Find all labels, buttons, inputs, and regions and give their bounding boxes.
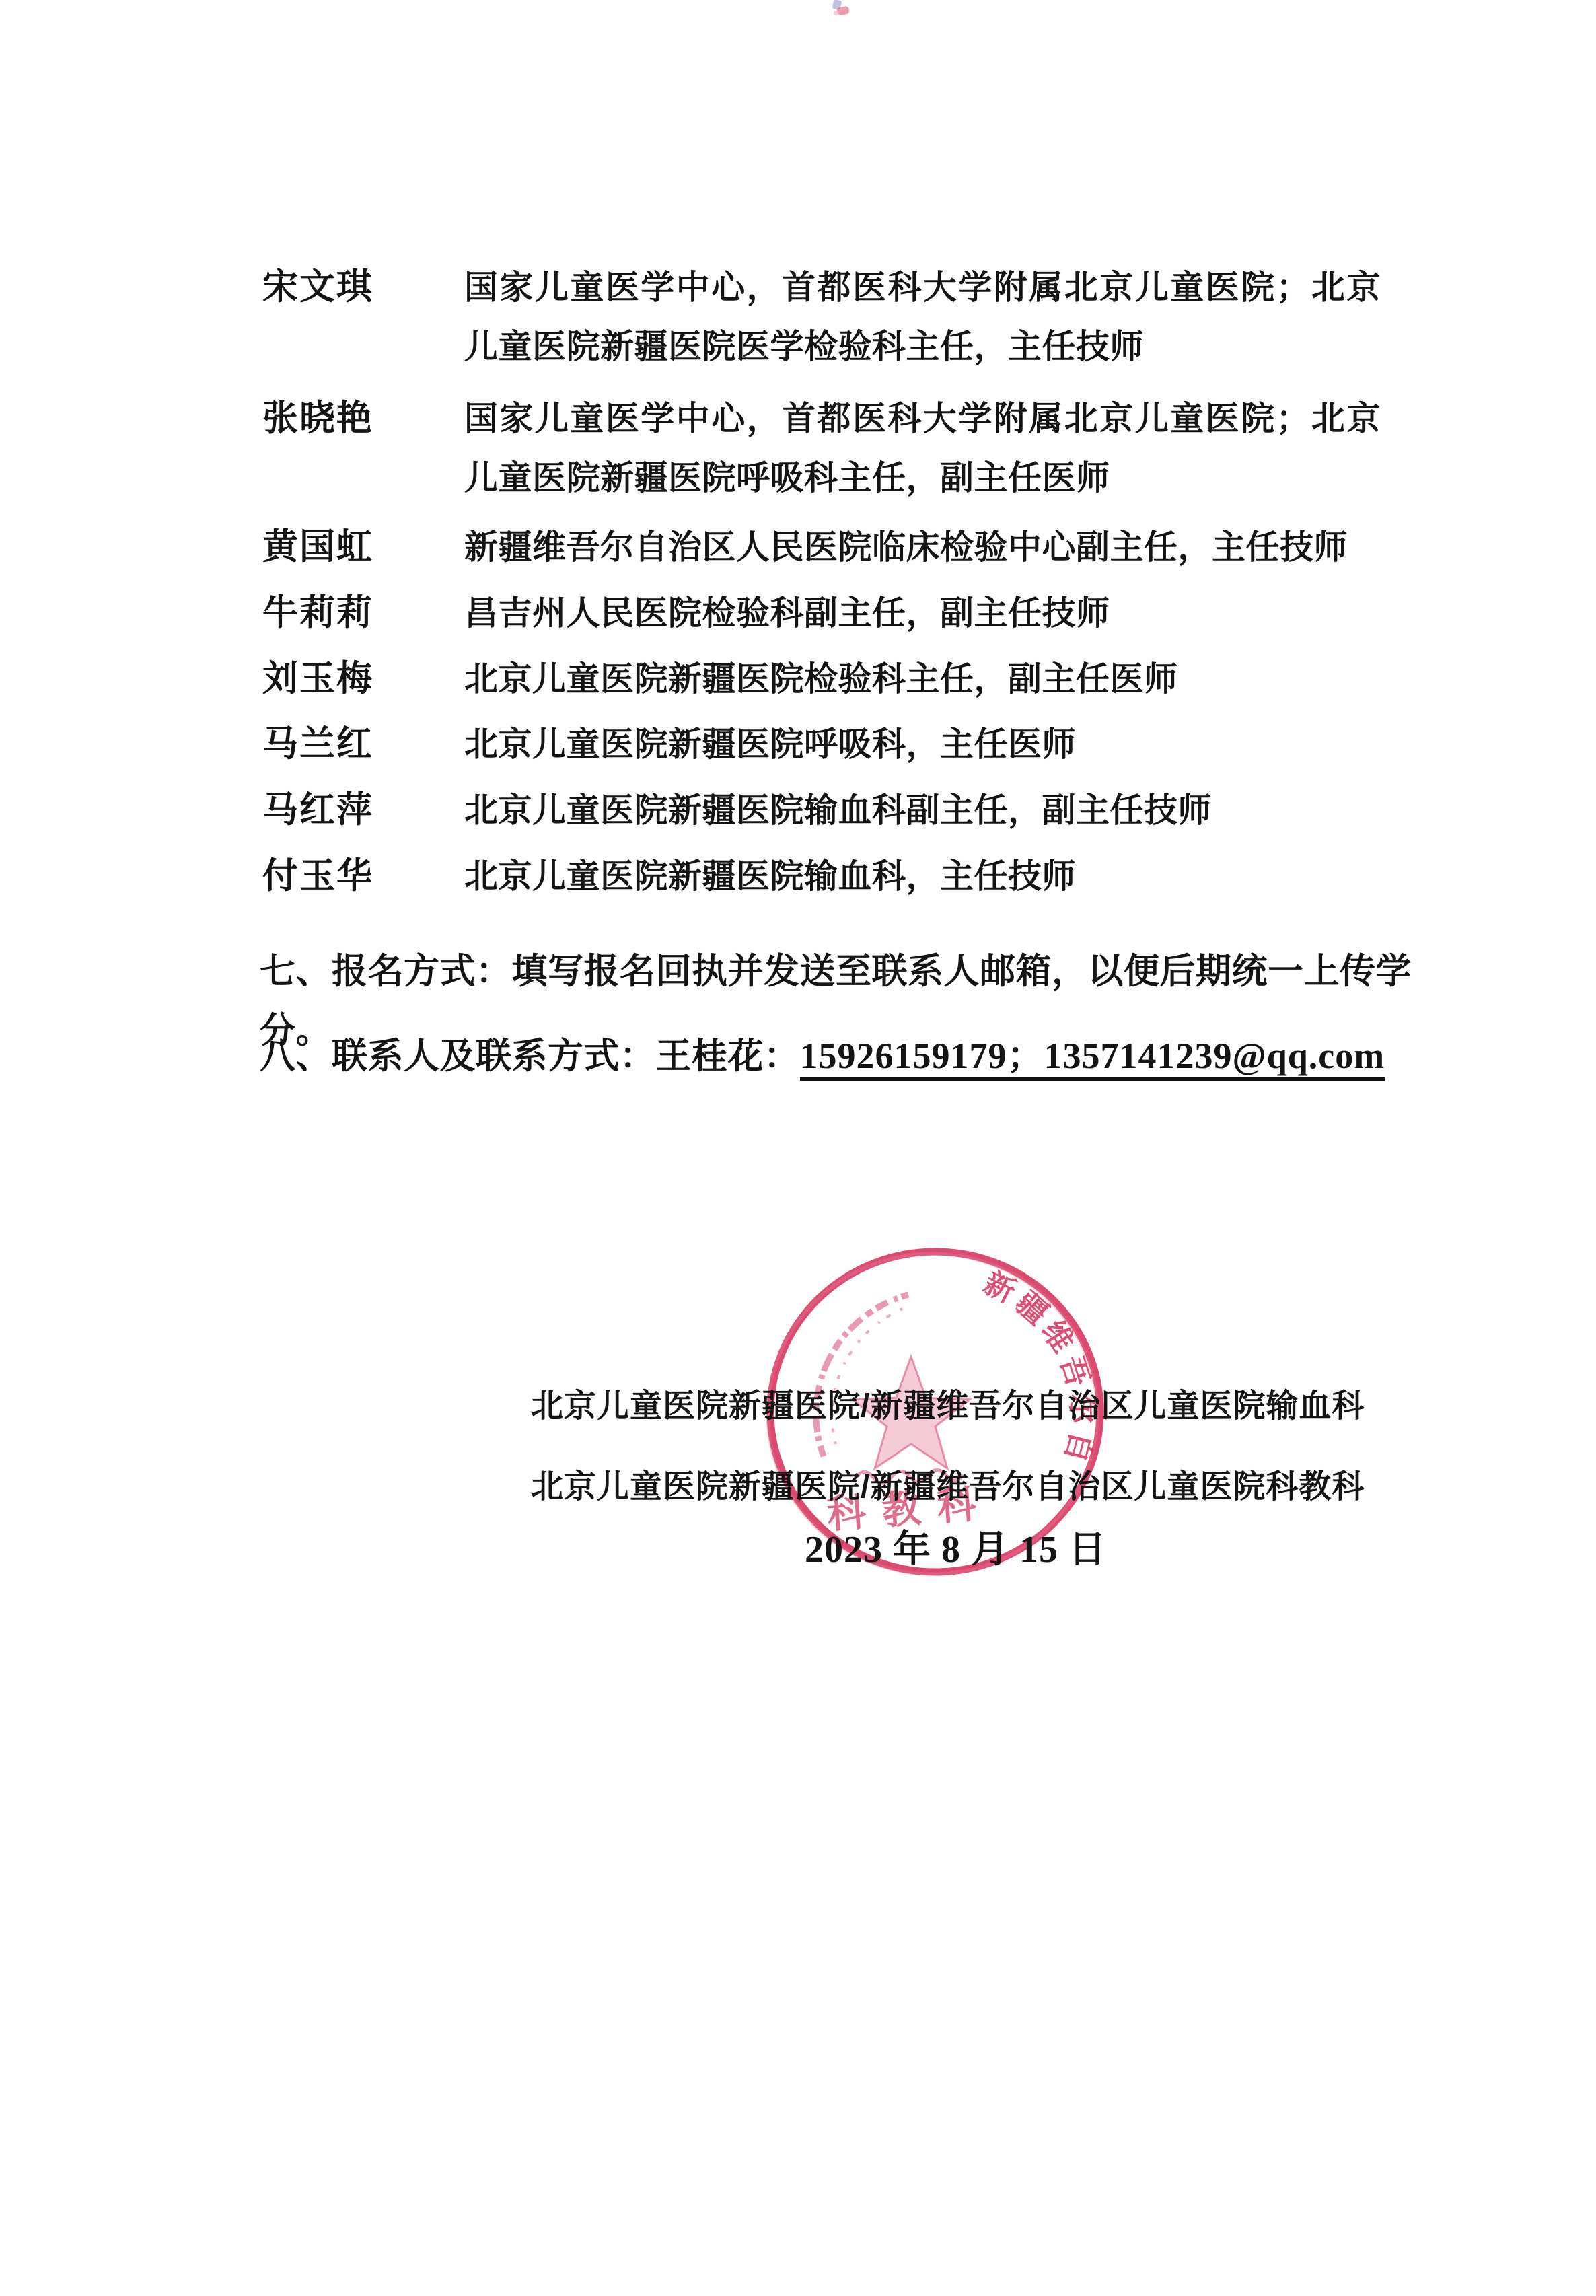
roster-row: 付玉华 北京儿童医院新疆医院输血科，主任技师 <box>262 847 1393 906</box>
roster-row: 宋文琪 国家儿童医学中心，首都医科大学附属北京儿童医院；北京儿童医院新疆医院医学… <box>262 258 1393 376</box>
contact-phone-email: 15926159179；1357141239@qq.com <box>800 1036 1385 1081</box>
person-affiliation: 新疆维吾尔自治区人民医院临床检验中心副主任，主任技师 <box>464 517 1381 577</box>
person-affiliation: 北京儿童医院新疆医院输血科，主任技师 <box>464 847 1381 906</box>
person-name: 马红萍 <box>262 781 464 840</box>
ink-speck <box>832 0 855 23</box>
contact-label: 八、联系人及联系方式：王桂花： <box>260 1036 800 1076</box>
signature-line-2: 北京儿童医院新疆医院/新疆维吾尔自治区儿童医院科教科 <box>531 1464 1473 1511</box>
roster-row: 马红萍 北京儿童医院新疆医院输血科副主任，副主任技师 <box>262 781 1393 840</box>
paragraph-contact: 八、联系人及联系方式：王桂花：15926159179；1357141239@qq… <box>260 1026 1444 1086</box>
person-affiliation: 北京儿童医院新疆医院呼吸科，主任医师 <box>464 715 1381 774</box>
person-name: 付玉华 <box>262 847 464 906</box>
person-name: 牛莉莉 <box>262 583 464 643</box>
person-affiliation: 北京儿童医院新疆医院检验科主任，副主任医师 <box>464 649 1381 709</box>
scanned-document-page: 宋文琪 国家儿童医学中心，首都医科大学附属北京儿童医院；北京儿童医院新疆医院医学… <box>0 0 1596 2296</box>
person-name: 刘玉梅 <box>262 649 464 709</box>
signature-date: 2023 年 8 月 15 日 <box>805 1519 1107 1573</box>
signature-line-1: 北京儿童医院新疆医院/新疆维吾尔自治区儿童医院输血科 <box>531 1383 1473 1430</box>
roster-row: 张晓艳 国家儿童医学中心，首都医科大学附属北京儿童医院；北京儿童医院新疆医院呼吸… <box>262 389 1393 507</box>
person-affiliation: 国家儿童医学中心，首都医科大学附属北京儿童医院；北京儿童医院新疆医院呼吸科主任，… <box>464 389 1381 507</box>
person-name: 马兰红 <box>262 715 464 774</box>
person-name: 黄国虹 <box>262 517 464 577</box>
roster-row: 马兰红 北京儿童医院新疆医院呼吸科，主任医师 <box>262 715 1393 774</box>
person-name: 张晓艳 <box>262 389 464 448</box>
person-affiliation: 北京儿童医院新疆医院输血科副主任，副主任技师 <box>464 781 1381 840</box>
roster-row: 刘玉梅 北京儿童医院新疆医院检验科主任，副主任医师 <box>262 649 1393 709</box>
person-name: 宋文琪 <box>262 258 464 317</box>
person-affiliation: 国家儿童医学中心，首都医科大学附属北京儿童医院；北京儿童医院新疆医院医学检验科主… <box>464 258 1381 376</box>
person-affiliation: 昌吉州人民医院检验科副主任，副主任技师 <box>464 583 1381 643</box>
roster-row: 牛莉莉 昌吉州人民医院检验科副主任，副主任技师 <box>262 583 1393 643</box>
roster-row: 黄国虹 新疆维吾尔自治区人民医院临床检验中心副主任，主任技师 <box>262 517 1393 577</box>
